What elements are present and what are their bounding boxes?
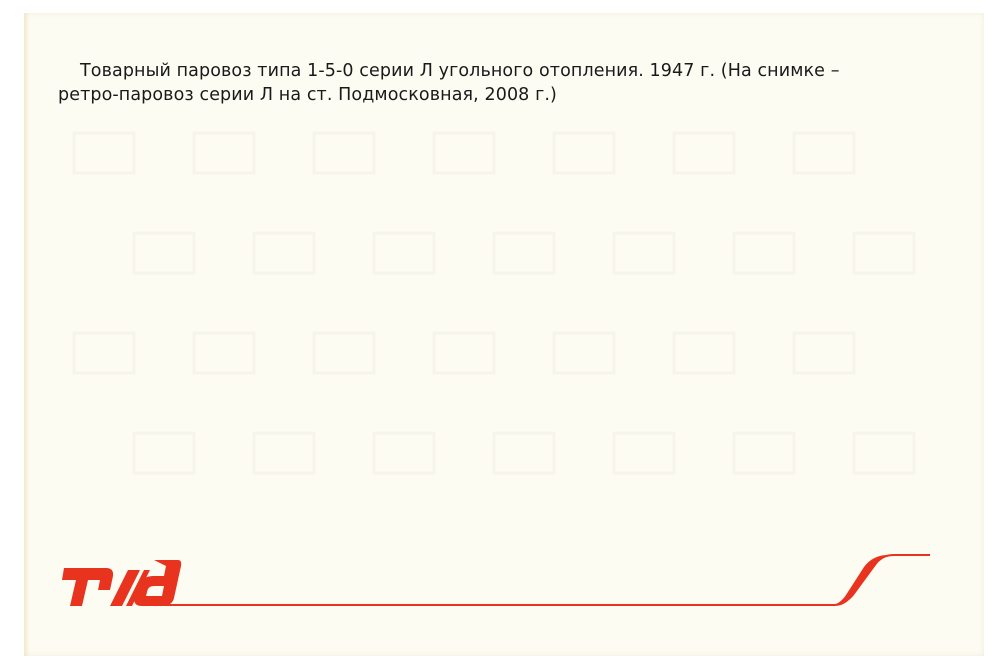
caption-line-1: Товарный паровоз типа 1-5-0 серии Л угол… (80, 59, 980, 83)
rzd-pattern-watermark (64, 123, 944, 543)
rzd-speed-line (24, 543, 984, 613)
caption-line-2: ретро-паровоз серии Л на ст. Подмосковна… (58, 83, 980, 107)
postcard: Товарный паровоз типа 1-5-0 серии Л угол… (24, 13, 984, 656)
photo-caption: Товарный паровоз типа 1-5-0 серии Л угол… (80, 59, 980, 107)
